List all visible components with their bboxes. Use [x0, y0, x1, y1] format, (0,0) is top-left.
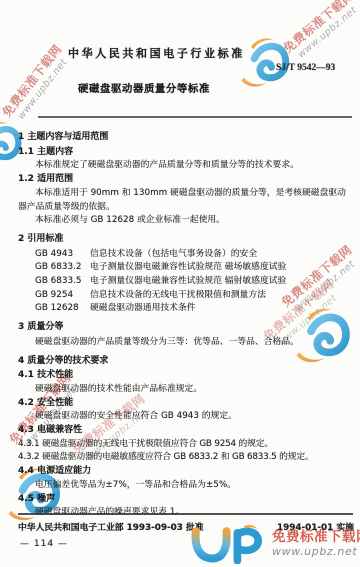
clause-heading: 4.4 电源适应能力: [18, 465, 354, 479]
reference-code: GB 6833.5: [35, 275, 90, 289]
watermark-site-url: www.upbz.net: [272, 546, 360, 557]
paragraph: 硬磁盘驱动器的安全性能应符合 GB 4943 的规定。: [18, 410, 354, 424]
reference-title: 信息技术设备的无线电干扰极限值和测量方法: [90, 290, 266, 300]
paragraph: 本标准适用于 90mm 和 130mm 硬磁盘驱动器的质量分等，是考核硬磁盘驱动…: [18, 187, 354, 214]
reference-row: GB 4943信息技术设备（包括电气事务设备）的安全: [18, 248, 354, 262]
footer-implementation-date: 1994-01-01 实施: [277, 520, 354, 533]
clause-text: 4.3.2 硬磁盘驱动器的电磁敏感度应符合 GB 6833.2 和 GB 683…: [18, 451, 354, 465]
reference-row: GB 6833.5电子测量仪器电磁兼容性试验规范 辐射敏感度试验: [18, 275, 354, 289]
clause-heading: 1.1 主题内容: [18, 146, 354, 160]
section-heading: 1 主题内容与适用范围: [18, 131, 354, 145]
clause-heading: 4.1 技术性能: [18, 369, 354, 383]
paragraph: 电压偏差优等品为±7%，一等品和合格品为±5%。: [18, 479, 354, 493]
document-title: 硬磁盘驱动器质量分等标准: [78, 80, 210, 95]
section-heading: 3 质量分等: [18, 321, 354, 335]
reference-code: GB 6833.2: [35, 261, 90, 275]
reference-row: GB 6833.2电子测量仪器电磁兼容性试验规范 磁场敏感度试验: [18, 261, 354, 275]
reference-row: GB 12628硬磁盘驱动器通用技术条件: [18, 302, 354, 316]
footer-rule: [18, 513, 353, 515]
clause-heading: 1.2 适用范围: [18, 173, 354, 187]
standard-number: SJ/T 9542—93: [276, 63, 335, 73]
document-body: 1 主题内容与适用范围 1.1 主题内容 本标准规定了硬磁盘驱动器的产品质量分等…: [18, 126, 354, 520]
reference-row: GB 9254信息技术设备的无线电干扰极限值和测量方法: [18, 289, 354, 303]
footer-approval: 中华人民共和国电子工业部 1993-09-03 批准: [18, 520, 204, 533]
reference-title: 硬磁盘驱动器通用技术条件: [90, 303, 196, 313]
standard-type-heading: 中华人民共和国电子行业标准: [68, 45, 245, 61]
watermark-stamp: 免费标准下载网 www.upbz.net: [276, 0, 360, 68]
reference-code: GB 12628: [35, 302, 90, 316]
reference-title: 电子测量仪器电磁兼容性试验规范 磁场敏感度试验: [90, 262, 286, 272]
watermark-site-url: www.upbz.net: [287, 0, 360, 68]
clause-heading: 4.2 安全性能: [18, 397, 354, 411]
reference-title: 电子测量仪器电磁兼容性试验规范 辐射敏感度试验: [90, 276, 286, 286]
page-number: — 114 —: [20, 539, 68, 549]
watermark-site-name: 免费标准下载网: [276, 0, 360, 59]
paragraph: 硬磁盘驱动器的技术性能由产品标准规定。: [18, 383, 354, 397]
paragraph: 本标准必须与 GB 12628 或企业标准一起使用。: [18, 214, 354, 228]
reference-title: 信息技术设备（包括电气事务设备）的安全: [90, 249, 257, 259]
paragraph: 本标准规定了硬磁盘驱动器的产品质量分等和质量分等的技术要求。: [18, 159, 354, 173]
reference-code: GB 9254: [35, 289, 90, 303]
clause-heading: 4.5 噪声: [18, 493, 354, 507]
paragraph: 硬磁盘驱动器的产品质量等级分为三等：优等品、一等品、合格品。: [18, 336, 354, 350]
scanned-standard-page: 免费标准下载网 www.upbz.net 免费标准下载网 www.upbz.ne…: [0, 0, 360, 567]
section-heading: 2 引用标准: [18, 233, 354, 247]
clause-heading: 4.3 电磁兼容性: [18, 424, 354, 438]
reference-code: GB 4943: [35, 248, 90, 262]
watermark-site-url: www.upbz.net: [9, 48, 77, 130]
section-heading: 4 质量分等的技术要求: [18, 355, 354, 369]
watermark-site-name: 免费标准下载网: [272, 531, 360, 545]
header-rule: [38, 116, 352, 118]
clause-text: 4.3.1 硬磁盘驱动器的无线电干扰极限值应符合 GB 9254 的规定。: [18, 438, 354, 452]
watermark-site-name: 免费标准下载网: [0, 38, 68, 124]
